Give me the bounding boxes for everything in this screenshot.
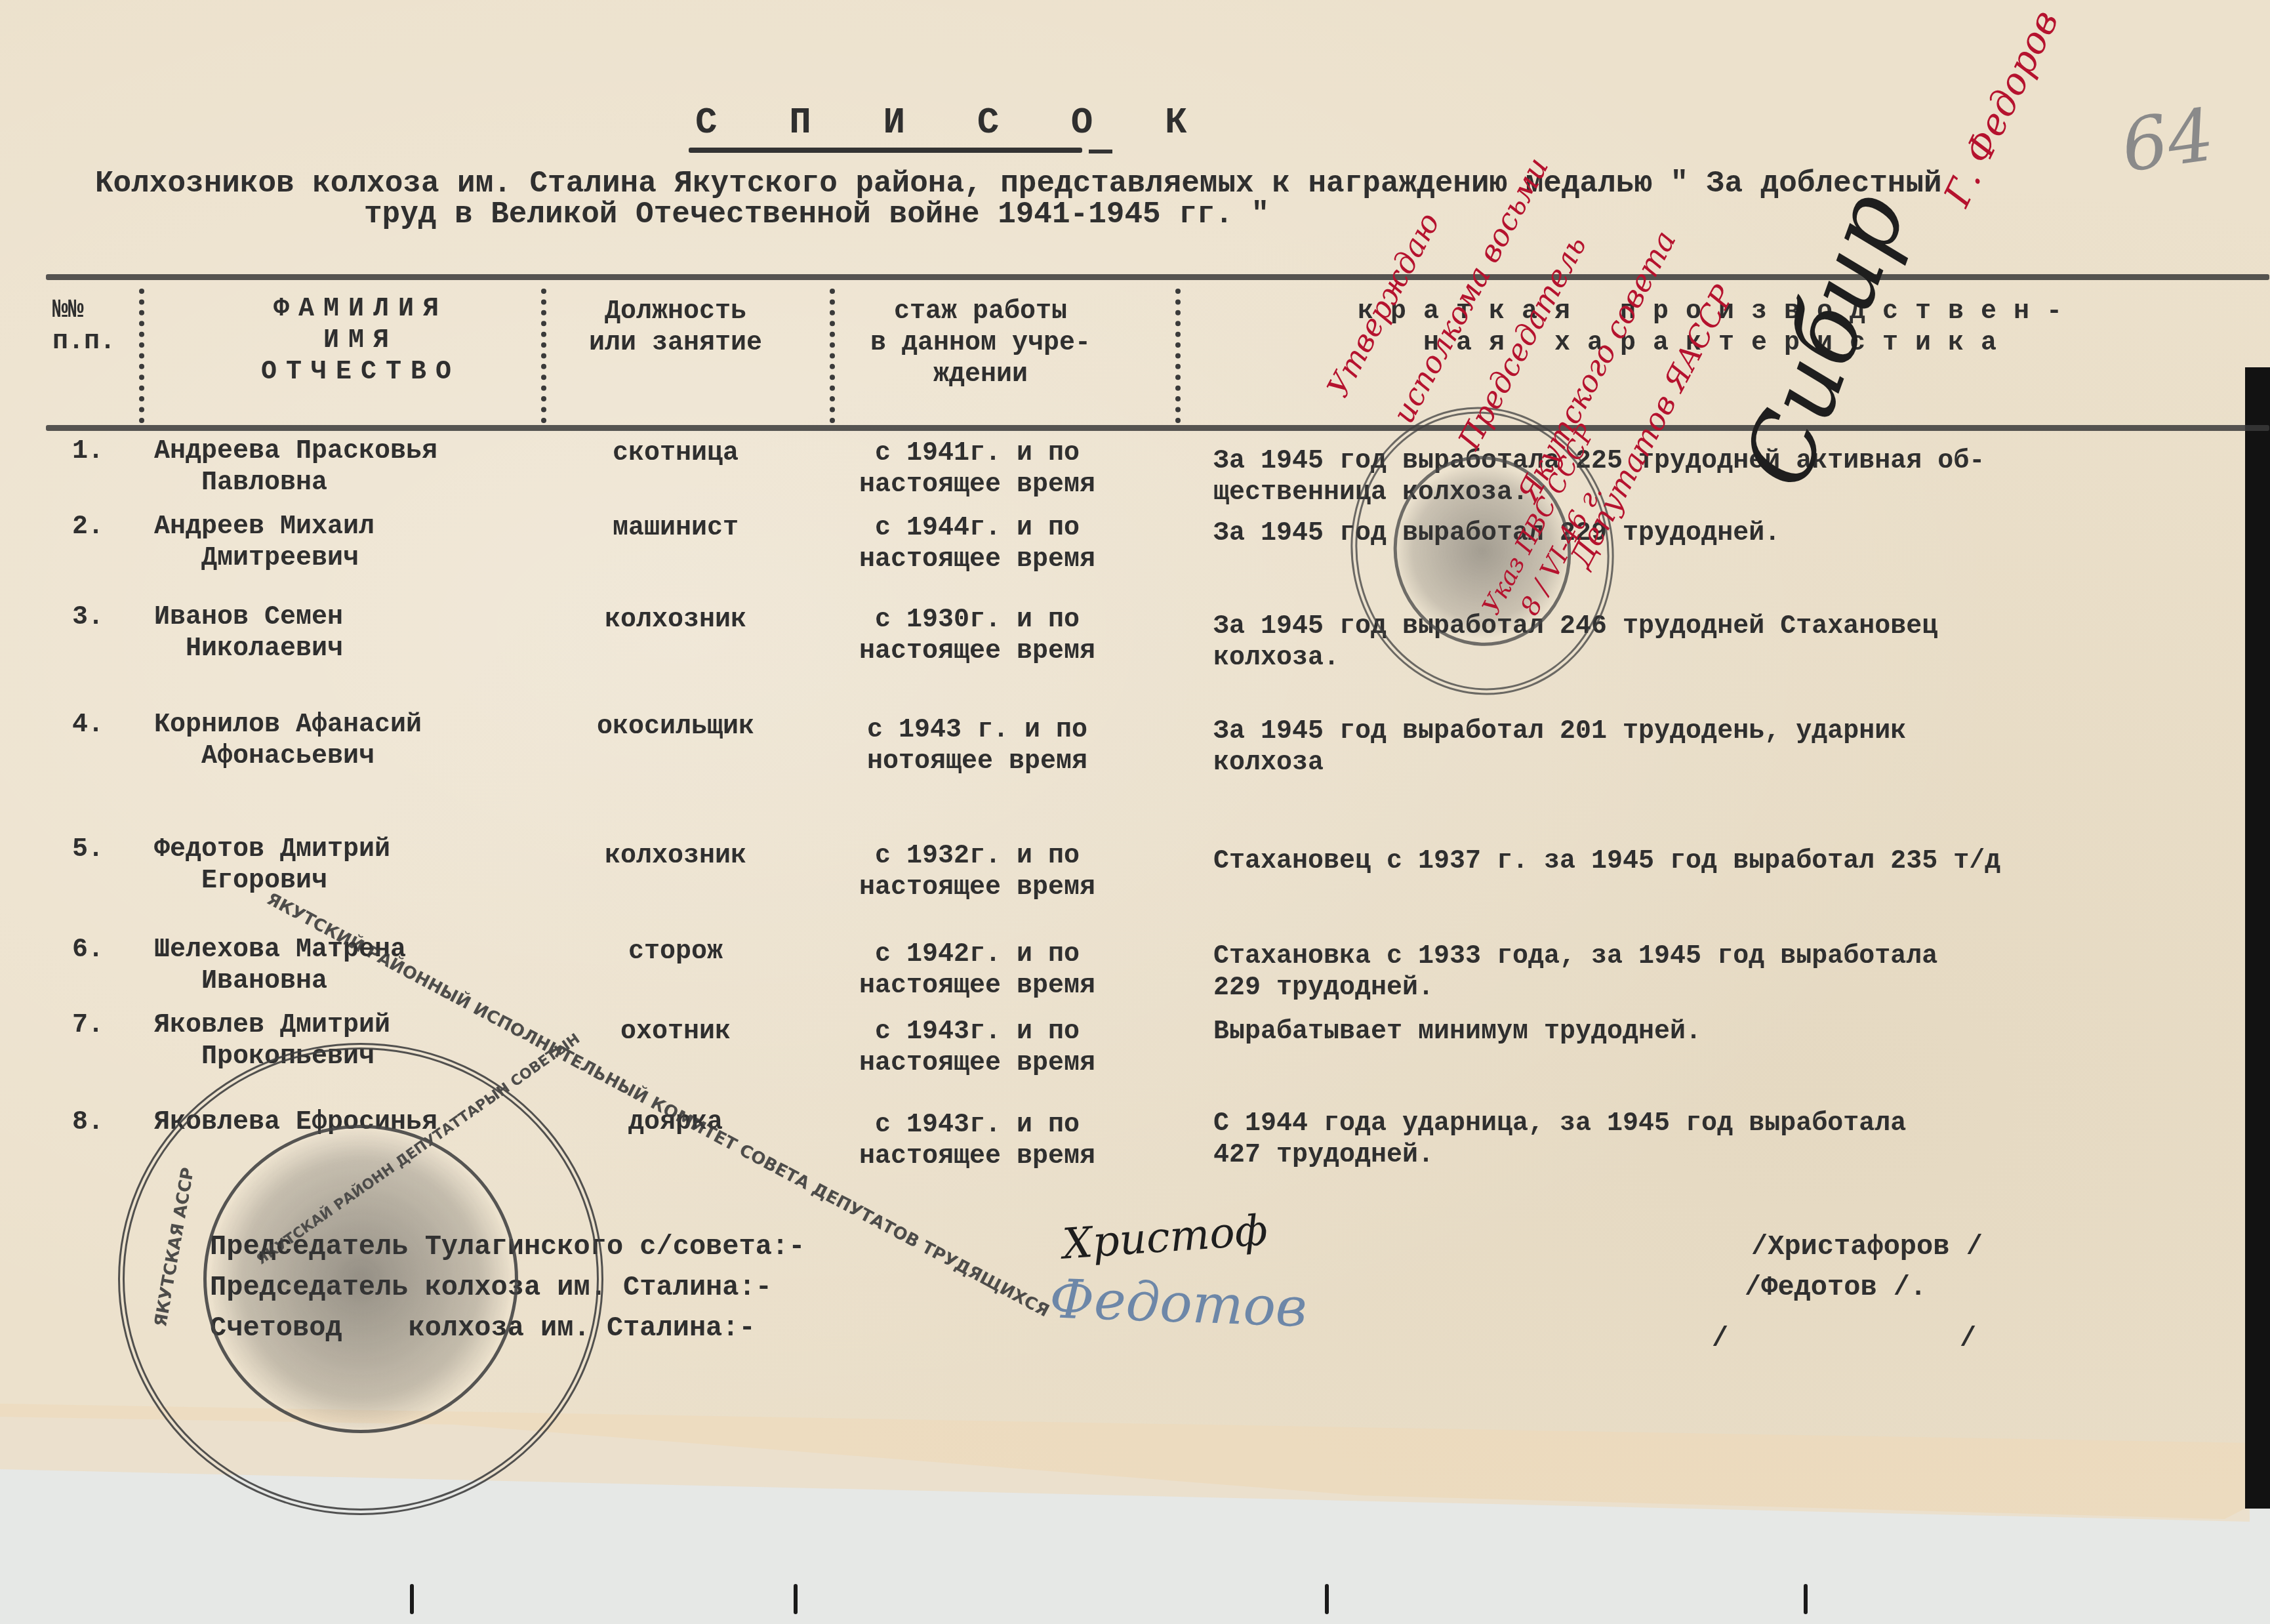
row-number: 1. — [72, 436, 104, 468]
row-position: охотник — [551, 1017, 800, 1048]
row-number: 4. — [72, 710, 104, 741]
row-position: окосильщик — [551, 712, 800, 743]
row-position: скотница — [551, 438, 800, 470]
row-experience: с 1930г. и по настоящее время — [820, 605, 1135, 668]
seal-side-text: ЯКУТСКАЯ АССР — [151, 1166, 198, 1328]
column-separator — [830, 289, 835, 423]
row-characteristic: За 1945 год выработал 246 трудодней Стах… — [1213, 611, 2237, 674]
binding-mark — [1804, 1584, 1808, 1614]
row-number: 7. — [72, 1010, 104, 1042]
row-characteristic: Вырабатывает минимум трудодней. — [1213, 1017, 2237, 1048]
header-number: №№ п.п. — [52, 295, 115, 358]
row-characteristic: За 1945 год выработал 201 трудодень, уда… — [1213, 716, 2237, 779]
document-subtitle-line1: Колхозников колхоза им. Сталина Якутског… — [95, 167, 1942, 200]
binding-mark — [794, 1584, 798, 1614]
row-position: колхозник — [551, 841, 800, 872]
seal-emblem — [203, 1125, 518, 1433]
column-separator — [139, 289, 144, 423]
binding-mark — [1325, 1584, 1329, 1614]
official-seal-lower: ЯКУТСКИЙ РАЙОННЫЙ ИСПОЛНИТЕЛЬНЫЙ КОМИТЕТ… — [118, 1043, 603, 1515]
row-full-name: Иванов Семен Николаевич — [154, 602, 343, 665]
binding-mark — [410, 1584, 414, 1614]
row-experience: с 1943г. и по настоящее время — [820, 1017, 1135, 1080]
signature-slash-marks: / / — [1712, 1318, 1976, 1359]
header-work-experience: стаж работы в данном учре- ждении — [836, 296, 1125, 391]
column-separator — [1175, 289, 1181, 423]
header-position: Должность или занятие — [551, 296, 800, 359]
table-header-bottom-rule — [46, 425, 2269, 431]
row-position: колхозник — [551, 605, 800, 636]
row-full-name: Корнилов Афанасий Афонасьевич — [154, 710, 422, 773]
row-experience: с 1944г. и по настоящее время — [820, 513, 1135, 576]
header-full-name: ФАМИЛИЯ ИМЯ ОТЧЕСТВО — [177, 294, 544, 388]
row-full-name: Андреева Прасковья Павловна — [154, 436, 437, 499]
row-position: сторож — [551, 937, 800, 968]
title-underline-tail — [1089, 150, 1112, 153]
document-title: С П И С О К — [695, 102, 1212, 144]
row-number: 8. — [72, 1107, 104, 1139]
row-experience: с 1932г. и по настоящее время — [820, 841, 1135, 904]
row-experience: с 1943 г. и по нотоящее время — [820, 715, 1135, 778]
scan-dark-edge — [2245, 367, 2270, 1509]
table-top-rule — [46, 274, 2269, 280]
row-full-name: Андреев Михаил Дмитреевич — [154, 512, 375, 575]
row-experience: с 1942г. и по настоящее время — [820, 939, 1135, 1002]
handwritten-signature-blue: Федотов — [1048, 1268, 1308, 1339]
row-number: 2. — [72, 512, 104, 543]
row-number: 6. — [72, 935, 104, 966]
document-subtitle-line2: труд в Великой Отечественной войне 1941-… — [364, 198, 1269, 231]
signatory-name-2: /Федотов /. — [1745, 1267, 1926, 1308]
row-number: 5. — [72, 834, 104, 866]
row-characteristic: Стахановец с 1937 г. за 1945 год выработ… — [1213, 846, 2237, 878]
row-characteristic: С 1944 года ударница, за 1945 год вырабо… — [1213, 1108, 2237, 1171]
row-number: 3. — [72, 602, 104, 634]
row-full-name: Федотов Дмитрий Егорович — [154, 834, 390, 897]
row-experience: с 1941г. и по настоящее время — [820, 438, 1135, 501]
signatory-name-1: /Христафоров / — [1751, 1227, 1983, 1267]
row-characteristic: Стахановка с 1933 года, за 1945 год выра… — [1213, 941, 2237, 1004]
row-experience: с 1943г. и по настоящее время — [820, 1110, 1135, 1173]
title-underline — [689, 148, 1082, 153]
row-position: машинист — [551, 513, 800, 544]
page-number-pencil: 64 — [2117, 92, 2219, 188]
